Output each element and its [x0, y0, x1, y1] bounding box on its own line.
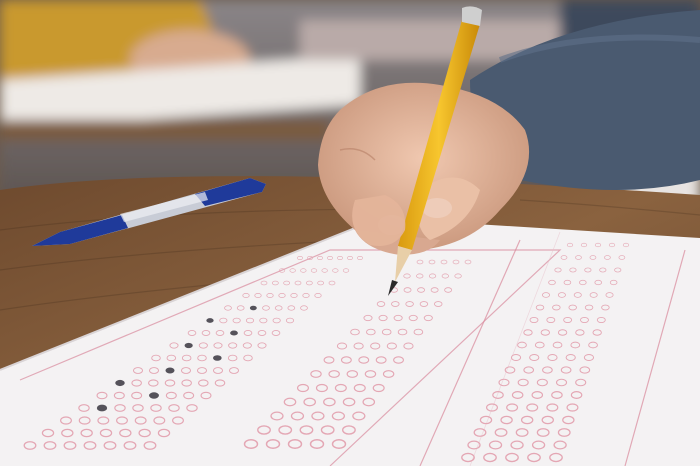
- photo-scene: [0, 0, 700, 466]
- photo-illustration: [0, 0, 700, 466]
